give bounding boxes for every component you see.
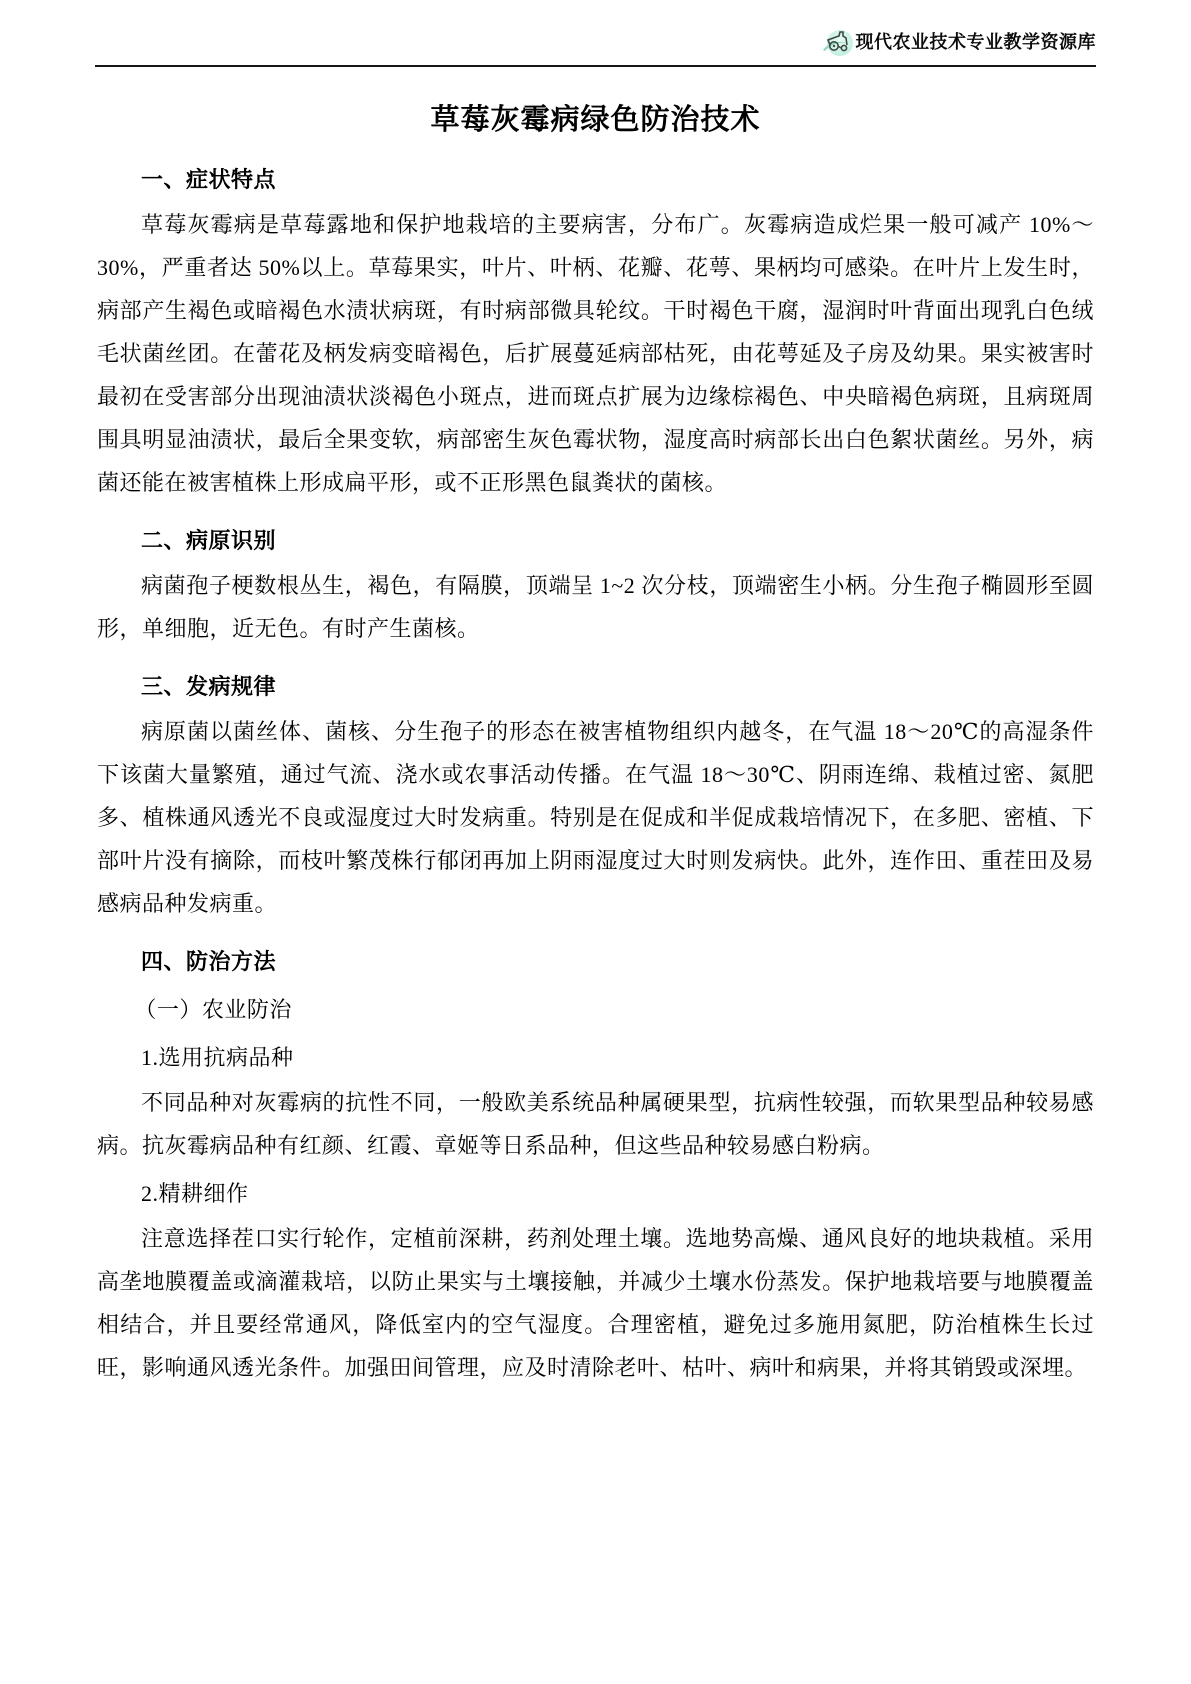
paragraph-resistant-varieties: 不同品种对灰霉病的抗性不同，一般欧美系统品种属硬果型，抗病性较强，而软果型品种较… — [97, 1081, 1094, 1167]
document-page: 现代农业技术专业教学资源库 草莓灰霉病绿色防治技术 一、症状特点 草莓灰霉病是草… — [0, 0, 1191, 1684]
section-heading-symptoms: 一、症状特点 — [97, 158, 1094, 201]
page-header: 现代农业技术专业教学资源库 — [95, 0, 1096, 67]
paragraph-intensive-cultivation: 注意选择茬口实行轮作，定植前深耕，药剂处理土壤。选地势高燥、通风良好的地块栽植。… — [97, 1217, 1094, 1389]
paragraph-pathogen: 病菌孢子梗数根丛生，褐色，有隔膜，顶端呈 1~2 次分枝，顶端密生小柄。分生孢子… — [97, 564, 1094, 650]
header-brand-text: 现代农业技术专业教学资源库 — [856, 28, 1097, 54]
section-heading-pathogen: 二、病原识别 — [97, 519, 1094, 562]
item-label-intensive-cultivation: 2.精耕细作 — [97, 1172, 1094, 1215]
paragraph-pattern: 病原菌以菌丝体、菌核、分生孢子的形态在被害植物组织内越冬，在气温 18～20℃的… — [97, 710, 1094, 925]
tractor-icon — [819, 24, 855, 58]
document-title: 草莓灰霉病绿色防治技术 — [97, 97, 1094, 143]
section-heading-control: 四、防治方法 — [97, 940, 1094, 983]
section-heading-pattern: 三、发病规律 — [97, 665, 1094, 708]
subsection-title-agricultural-control: （一）农业防治 — [97, 988, 1094, 1031]
item-label-resistant-varieties: 1.选用抗病品种 — [97, 1036, 1094, 1079]
document-body: 草莓灰霉病绿色防治技术 一、症状特点 草莓灰霉病是草莓露地和保护地栽培的主要病害… — [97, 97, 1094, 1389]
paragraph-symptoms: 草莓灰霉病是草莓露地和保护地栽培的主要病害，分布广。灰霉病造成烂果一般可减产 1… — [97, 203, 1094, 504]
